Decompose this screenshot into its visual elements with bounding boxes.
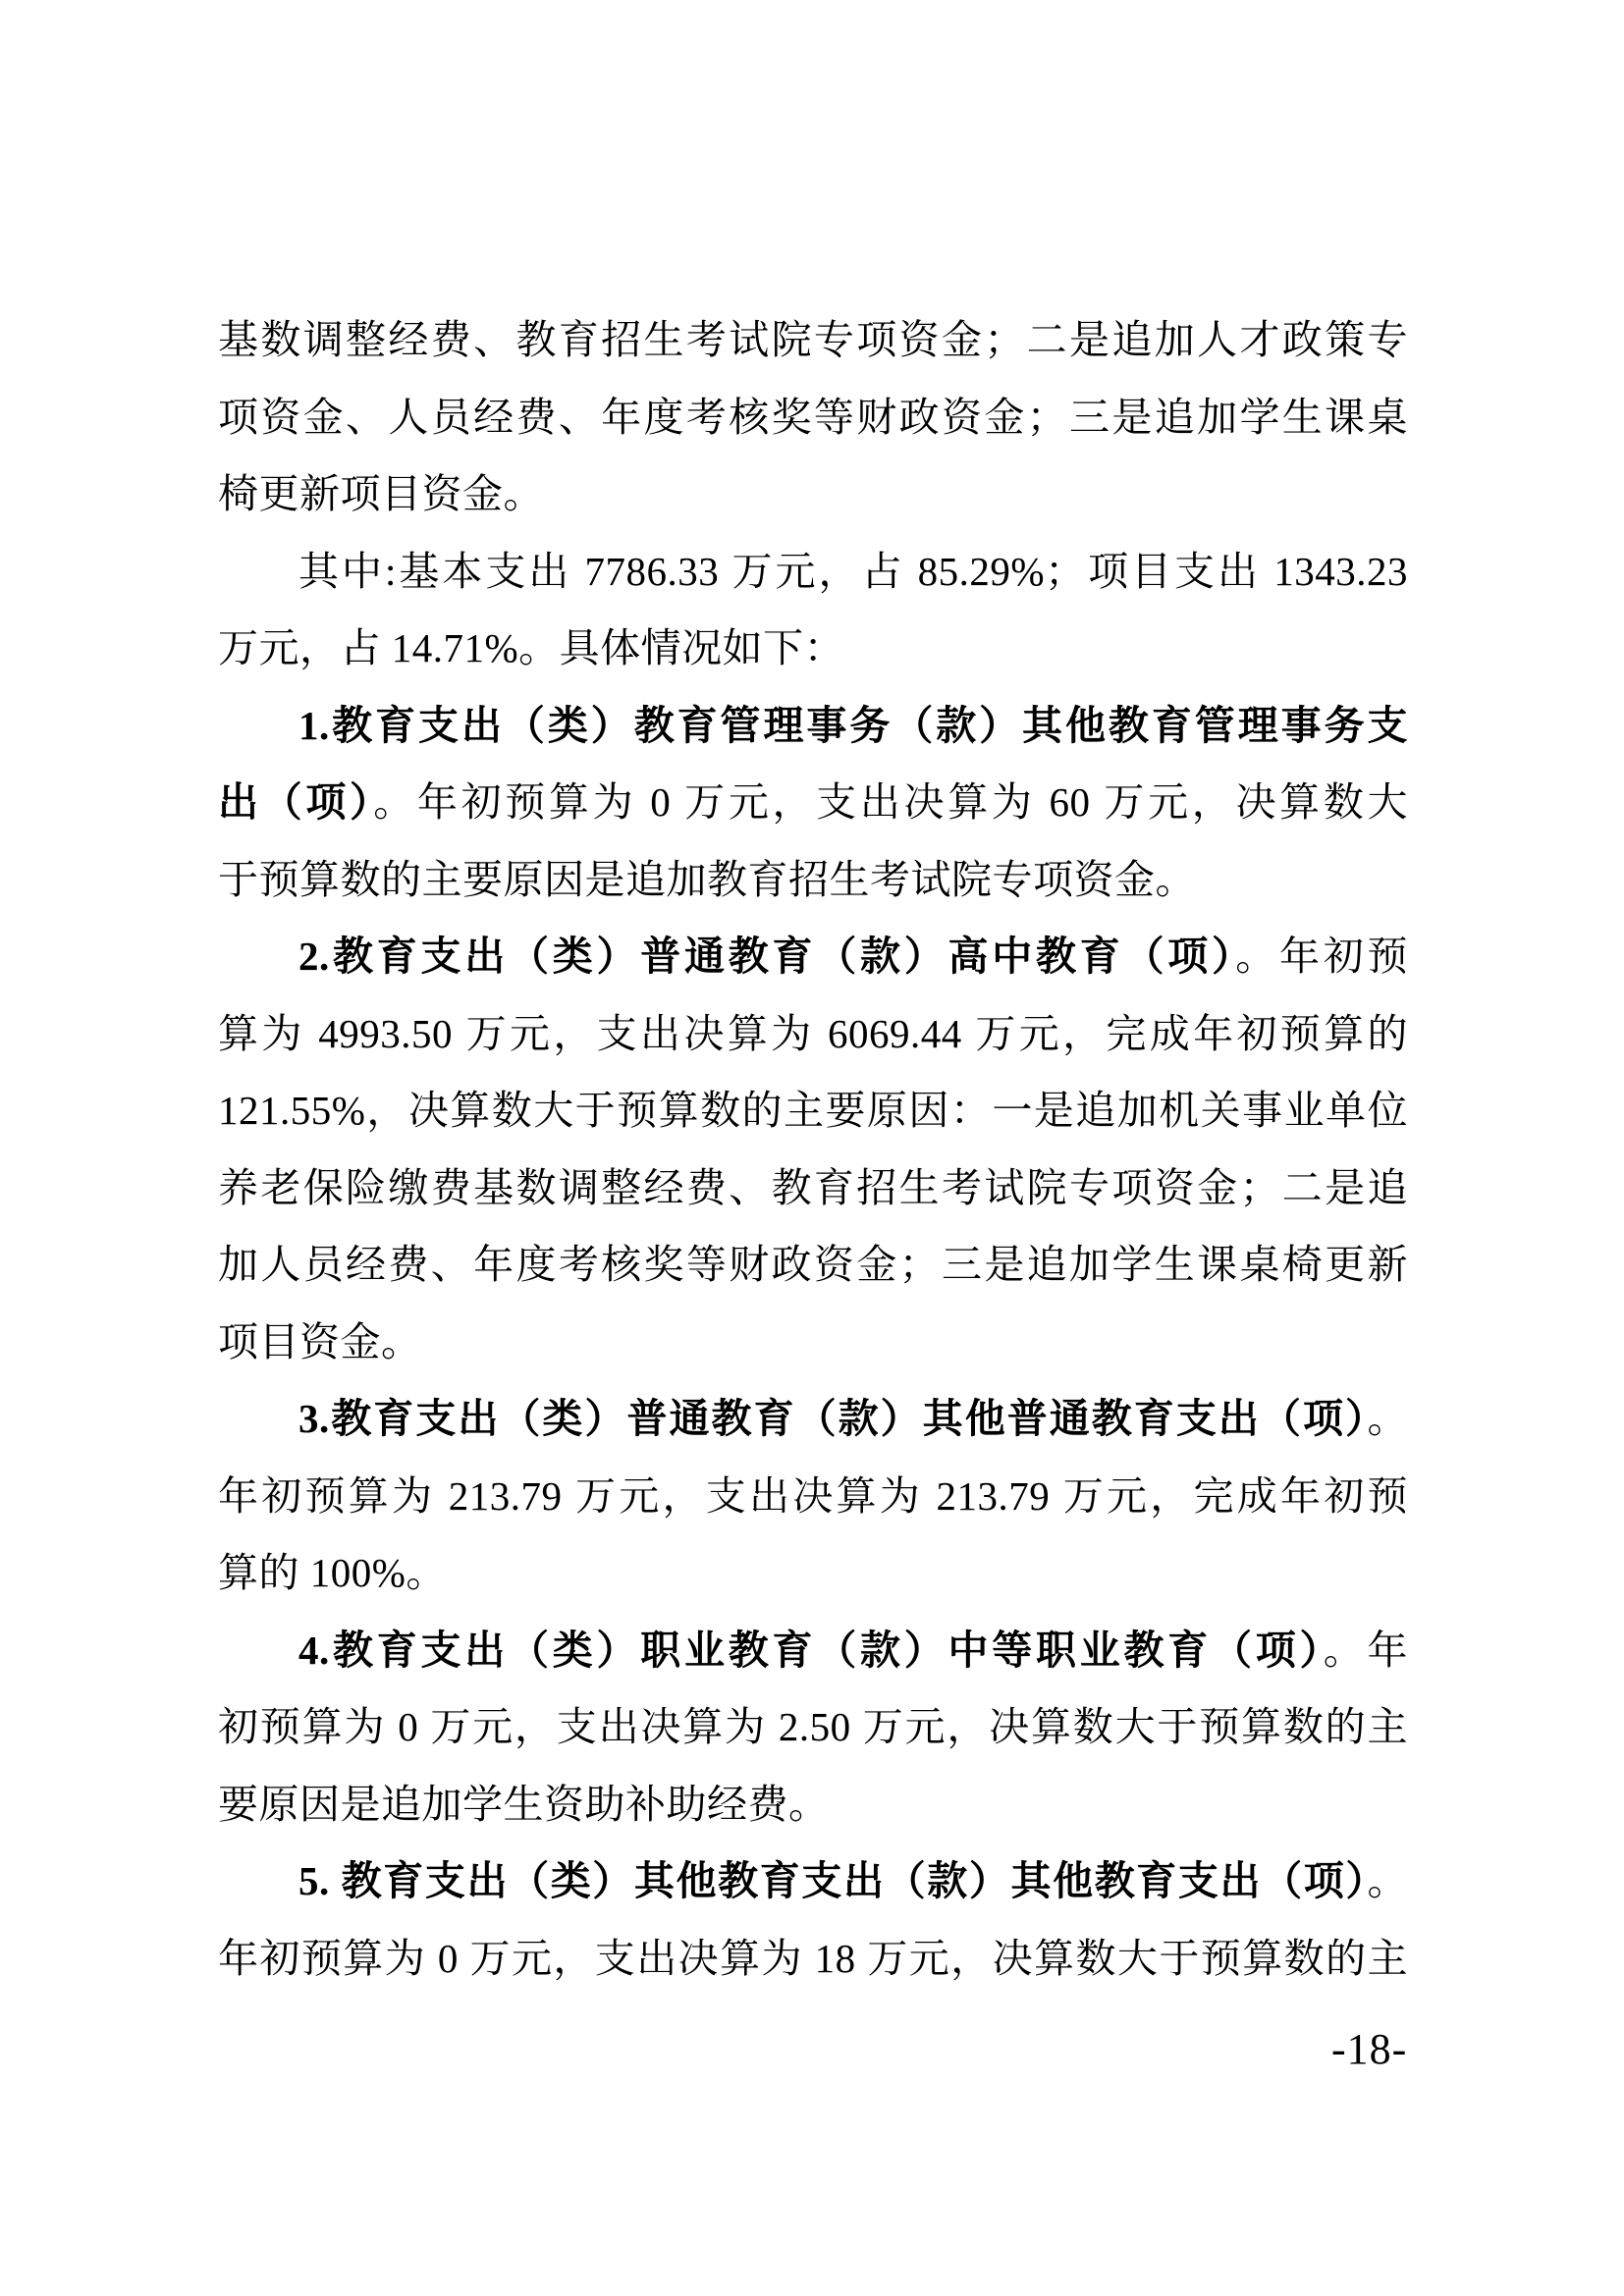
text-segment: 。: [1368, 1396, 1409, 1441]
text-line: 于预算数的主要原因是追加教育招生考试院专项资金。: [218, 841, 1408, 919]
text-line: 年初预算为 0 万元，支出决算为 18 万元，决算数大于预算数的主: [218, 1920, 1408, 1998]
text-segment: 算的 100%。: [218, 1550, 447, 1595]
text-segment: 项资金、人员经费、年度考核奖等财政资金；三是追加学生课桌: [218, 395, 1408, 440]
text-line: 要原因是追加学生资助补助经费。: [218, 1766, 1408, 1843]
text-line: 算的 100%。: [218, 1534, 1408, 1612]
text-line: 初预算为 0 万元，支出决算为 2.50 万元，决算数大于预算数的主: [218, 1688, 1408, 1766]
text-line: 3.教育支出（类）普通教育（款）其他普通教育支出（项）。: [218, 1380, 1408, 1458]
text-segment: 。年初预算为 0 万元，支出决算为 60 万元，决算数大: [373, 779, 1408, 825]
text-line: 年初预算为 213.79 万元，支出决算为 213.79 万元，完成年初预: [218, 1458, 1408, 1535]
text-segment: 121.55%，决算数大于预算数的主要原因：一是追加机关事业单位: [218, 1088, 1408, 1133]
text-line: 万元，占 14.71%。具体情况如下：: [218, 610, 1408, 687]
text-line: 养老保险缴费基数调整经费、教育招生考试院专项资金；二是追: [218, 1149, 1408, 1227]
text-segment: 算为 4993.50 万元，支出决算为 6069.44 万元，完成年初预算的: [218, 1011, 1408, 1056]
text-segment: 于预算数的主要原因是追加教育招生考试院专项资金。: [218, 857, 1196, 902]
text-segment: 加人员经费、年度考核奖等财政资金；三是追加学生课桌椅更新: [218, 1242, 1408, 1287]
text-line: 基数调整经费、教育招生考试院专项资金；二是追加人才政策专: [218, 301, 1408, 379]
text-line: 算为 4993.50 万元，支出决算为 6069.44 万元，完成年初预算的: [218, 995, 1408, 1073]
text-line: 1.教育支出（类）教育管理事务（款）其他教育管理事务支: [218, 687, 1408, 765]
bold-text-segment: 4.教育支出（类）职业教育（款）中等职业教育（项）: [298, 1628, 1324, 1673]
page-number: -18-: [1331, 2028, 1407, 2071]
document-page: 基数调整经费、教育招生考试院专项资金；二是追加人才政策专项资金、人员经费、年度考…: [0, 0, 1624, 2296]
text-line: 项资金、人员经费、年度考核奖等财政资金；三是追加学生课桌: [218, 379, 1408, 456]
text-segment: 椅更新项目资金。: [218, 471, 544, 516]
text-segment: 要原因是追加学生资助补助经费。: [218, 1782, 830, 1827]
text-line: 121.55%，决算数大于预算数的主要原因：一是追加机关事业单位: [218, 1072, 1408, 1149]
text-line: 4.教育支出（类）职业教育（款）中等职业教育（项）。年: [218, 1612, 1408, 1689]
text-line: 加人员经费、年度考核奖等财政资金；三是追加学生课桌椅更新: [218, 1226, 1408, 1304]
text-segment: 初预算为 0 万元，支出决算为 2.50 万元，决算数大于预算数的主: [218, 1704, 1408, 1749]
text-segment: 。年: [1324, 1628, 1408, 1673]
text-line: 其中:基本支出 7786.33 万元，占 85.29%；项目支出 1343.23: [218, 533, 1408, 611]
bold-text-segment: 2.教育支出（类）普通教育（款）高中教育（项）: [298, 934, 1235, 979]
bold-text-segment: 5. 教育支出（类）其他教育支出（款）其他教育支出（项）: [298, 1858, 1368, 1903]
text-segment: 其中:基本支出 7786.33 万元，占 85.29%；项目支出 1343.23: [298, 549, 1408, 594]
text-line: 椅更新项目资金。: [218, 455, 1408, 533]
text-segment: 年初预算为 213.79 万元，支出决算为 213.79 万元，完成年初预: [218, 1473, 1408, 1519]
text-line: 2.教育支出（类）普通教育（款）高中教育（项）。年初预: [218, 918, 1408, 995]
text-segment: 养老保险缴费基数调整经费、教育招生考试院专项资金；二是追: [218, 1165, 1408, 1210]
bold-text-segment: 3.教育支出（类）普通教育（款）其他普通教育支出（项）: [298, 1396, 1368, 1441]
text-segment: 年初预算为 0 万元，支出决算为 18 万元，决算数大于预算数的主: [218, 1936, 1408, 1981]
text-segment: 基数调整经费、教育招生考试院专项资金；二是追加人才政策专: [218, 317, 1408, 362]
bold-text-segment: 1.教育支出（类）教育管理事务（款）其他教育管理事务支: [298, 703, 1408, 748]
text-line: 出（项）。年初预算为 0 万元，支出决算为 60 万元，决算数大: [218, 764, 1408, 841]
text-line: 5. 教育支出（类）其他教育支出（款）其他教育支出（项）。: [218, 1842, 1408, 1920]
text-segment: 项目资金。: [218, 1319, 422, 1364]
document-body: 基数调整经费、教育招生考试院专项资金；二是追加人才政策专项资金、人员经费、年度考…: [218, 301, 1408, 1997]
text-segment: 。年初预: [1235, 934, 1408, 979]
text-segment: 。: [1368, 1858, 1409, 1903]
text-segment: 万元，占 14.71%。具体情况如下：: [218, 625, 844, 670]
bold-text-segment: 出（项）: [218, 779, 373, 825]
text-line: 项目资金。: [218, 1304, 1408, 1381]
